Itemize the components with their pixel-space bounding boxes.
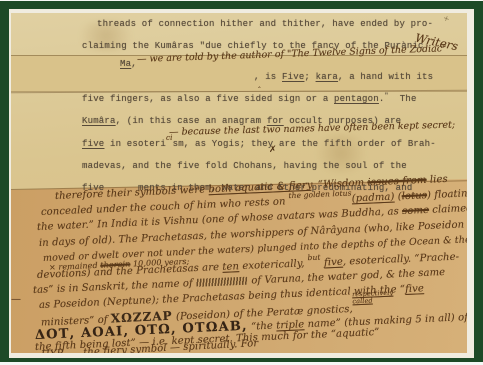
underlined-word: five xyxy=(324,257,343,269)
dash-glyph: — xyxy=(11,294,21,305)
underlined-word: ten xyxy=(222,261,239,273)
typed-text: threads of connection hither and thither… xyxy=(97,19,433,29)
typed-line-4: five fingers, as also a five sided sign … xyxy=(82,94,417,104)
typed-line-3-continued: , is Five; kara, a hand with its xyxy=(254,72,433,82)
typed-line-1: threads of connection hither and thither… xyxy=(97,19,433,29)
underlined-word: Kumâra xyxy=(82,116,116,126)
typed-text: The xyxy=(389,94,417,104)
green-photo-frame: threads of connection hither and thither… xyxy=(0,1,483,362)
scanned-manuscript-screenshot: { "colors": { "frame_green": "#1d4a27", … xyxy=(0,0,483,365)
struck-text: some xyxy=(402,205,429,217)
caret-glyph: ‸ xyxy=(258,79,261,88)
margin-dash-mark: — xyxy=(11,294,21,305)
x-glyph: ✗ xyxy=(269,145,277,155)
underlined-word: Ma xyxy=(120,59,131,69)
white-mat: threads of connection hither and thither… xyxy=(9,9,474,358)
insertion-golden-lotus: the golden lotus xyxy=(288,188,351,200)
underlined-word: (padma) xyxy=(352,192,395,205)
underlined-word: kara xyxy=(316,72,338,82)
plus-glyph: + xyxy=(442,13,451,24)
typed-line-3-ma: Ma, xyxy=(120,59,137,69)
typed-line-7: madevas, and the five fold Chohans, havi… xyxy=(82,161,407,171)
handwritten-text: ) floating on xyxy=(427,187,467,201)
handwritten-text: lies xyxy=(426,174,448,186)
underlined-word: five xyxy=(405,283,424,295)
manuscript-page: threads of connection hither and thither… xyxy=(11,13,467,353)
superscript-quote: " xyxy=(384,92,388,99)
scribble-mark xyxy=(196,277,248,287)
caret-mark: ‸ xyxy=(258,79,261,88)
pencil-corner-mark: + xyxy=(442,13,451,24)
typed-text: in esoteri xyxy=(104,139,166,149)
insertion-but: but xyxy=(307,253,320,263)
x-mark: ✗ xyxy=(269,145,277,155)
underlined-word: five xyxy=(82,139,104,149)
typed-text: madevas, and the five fold Chohans, havi… xyxy=(82,161,407,171)
underlined-word: pentagon xyxy=(334,94,379,104)
typed-text: ; xyxy=(304,72,315,82)
handwritten-text: claimed) xyxy=(429,203,467,216)
struck-text: lotus xyxy=(402,190,428,202)
typed-text: five fingers, as also a five sided sign … xyxy=(82,94,334,104)
typed-line-6: five in esotericism, as Yogis; they are … xyxy=(82,139,436,149)
underlined-word: Five xyxy=(282,72,304,82)
insertion-respectively-called: respectively called xyxy=(352,289,403,304)
typed-text: , a hand with its xyxy=(338,72,433,82)
typed-text: , xyxy=(131,59,137,69)
typed-text: sm, as Yogis; they are the fifth order o… xyxy=(173,139,436,149)
